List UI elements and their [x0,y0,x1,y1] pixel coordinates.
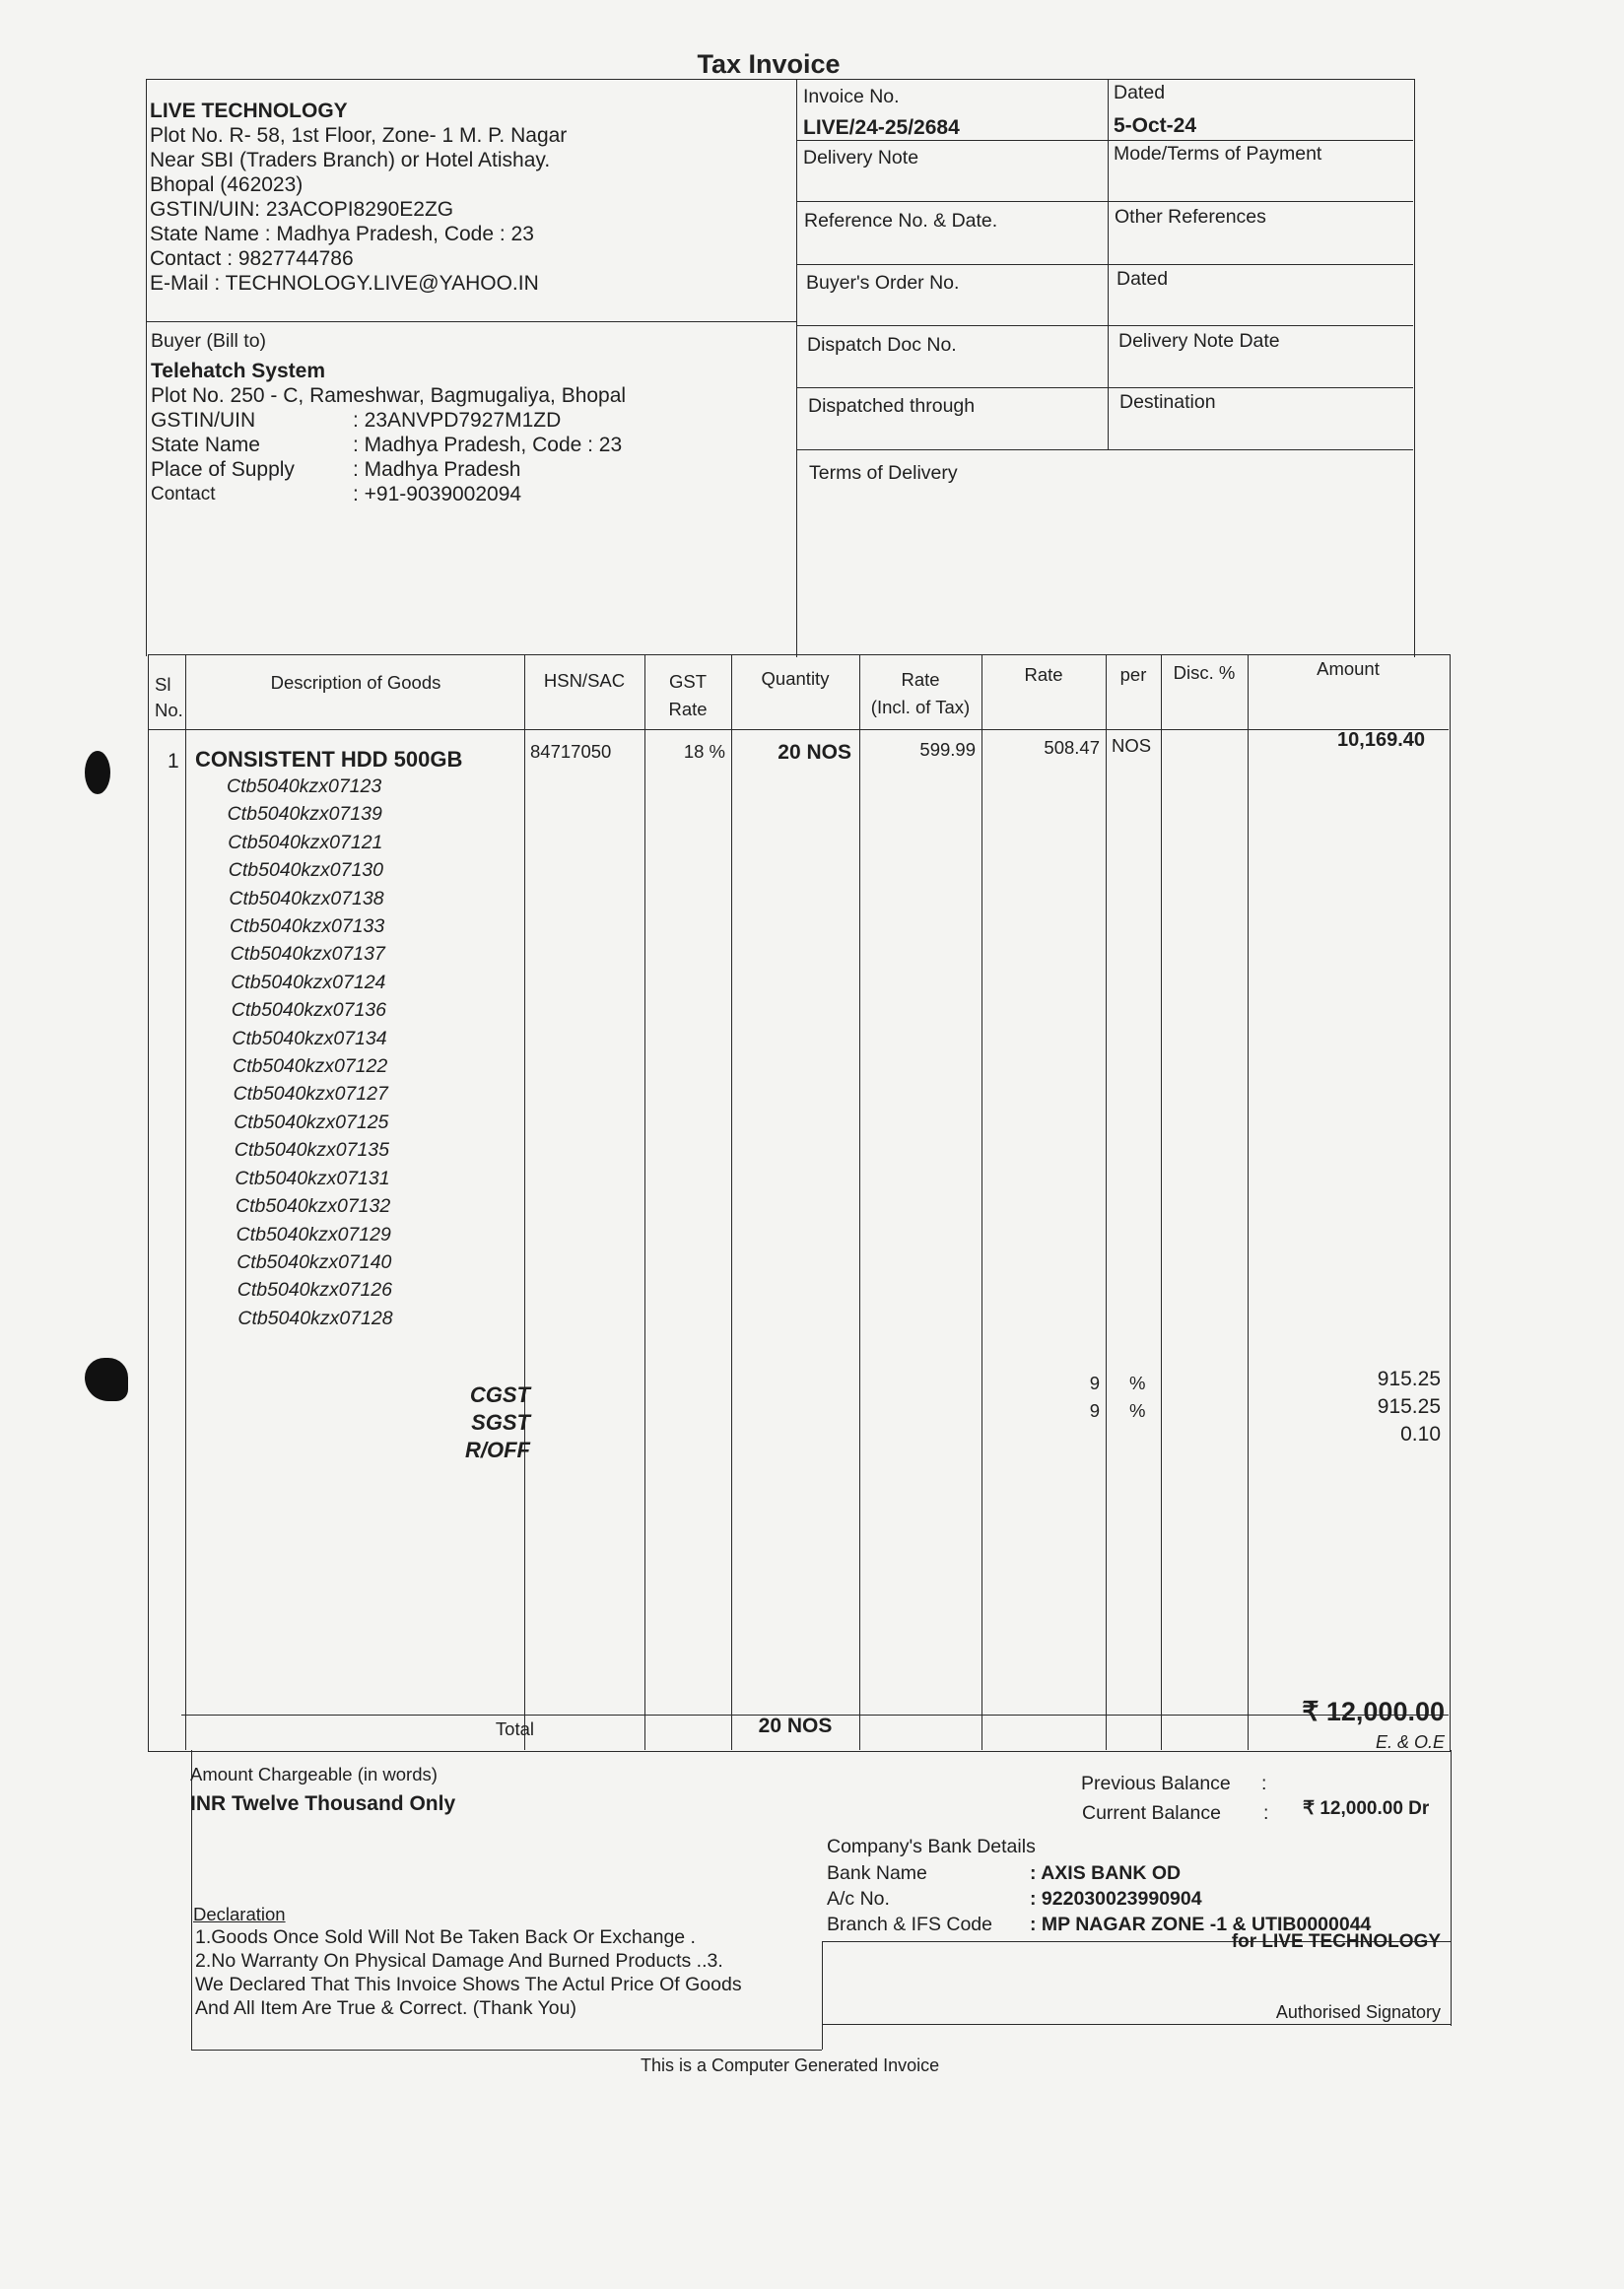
buyer-heading: Buyer (Bill to) [151,329,791,353]
divider [644,654,645,1750]
computer-generated-note: This is a Computer Generated Invoice [641,2055,939,2076]
account-no-label: A/c No. [827,1886,1030,1912]
header-rate-incl-line1: Rate [859,666,981,694]
bank-name-value: : AXIS BANK OD [1030,1860,1181,1886]
declaration-heading: Declaration [193,1904,286,1925]
buyer-gstin-value: : 23ANVPD7927M1ZD [353,408,561,433]
serial-number: Ctb5040kzx07123 [227,773,393,800]
buyer-contact-value: : +91-9039002094 [353,482,521,506]
seller-contact: Contact : 9827744786 [150,246,790,271]
punch-hole-bottom [85,1358,128,1401]
bank-details: Bank Name: AXIS BANK OD A/c No.: 9220300… [827,1860,1371,1937]
serial-number: Ctb5040kzx07122 [227,1052,393,1080]
buyer-supply-label: Place of Supply [151,457,353,482]
total-amount: ₹ 12,000.00 [1248,1697,1445,1727]
divider [146,321,796,322]
invoice-no-label: Invoice No. [803,85,900,108]
seller-email: E-Mail : TECHNOLOGY.LIVE@YAHOO.IN [150,271,790,296]
header-description: Description of Goods [187,672,524,694]
header-hsn: HSN/SAC [524,670,644,692]
header-sl-line2: No. [155,698,183,723]
item-per: NOS [1112,735,1151,757]
buyer-address: Plot No. 250 - C, Rameshwar, Bagmugaliya… [151,383,791,408]
buyer-state-value: : Madhya Pradesh, Code : 23 [353,433,622,457]
divider [1248,654,1249,1750]
buyer-supply-value: : Madhya Pradesh [353,457,520,482]
serial-number: Ctb5040kzx07135 [227,1136,393,1164]
terms-of-delivery-label: Terms of Delivery [809,461,958,485]
serial-number: Ctb5040kzx07134 [227,1025,393,1052]
divider [796,201,1413,202]
header-gst-line1: GST [644,668,731,696]
dispatched-through-label: Dispatched through [808,394,975,418]
amount-words-label: Amount Chargeable (in words) [190,1764,438,1785]
current-balance-sep: : [1263,1801,1268,1825]
header-rate: Rate [981,664,1106,686]
dated-value: 5-Oct-24 [1114,113,1196,138]
divider [796,325,1413,326]
header-rate-incl-line2: (Incl. of Tax) [859,694,981,721]
current-balance-label: Current Balance [1082,1801,1221,1825]
tax-rates: 9 9 [1045,1370,1100,1425]
item-hsn: 84717050 [530,741,611,763]
buyer-contact-label: Contact [151,482,353,506]
punch-hole-top [85,751,110,794]
divider [146,321,147,656]
tax-sgst-amount: 915.25 [1248,1393,1441,1421]
serial-number: Ctb5040kzx07137 [227,940,393,968]
divider [185,654,186,1750]
bank-heading: Company's Bank Details [827,1835,1036,1858]
tax-units: % % [1129,1370,1145,1425]
serial-number: Ctb5040kzx07128 [227,1305,393,1332]
serial-number: Ctb5040kzx07124 [227,969,393,996]
declaration-line-1: 1.Goods Once Sold Will Not Be Taken Back… [195,1925,742,1949]
header-amount: Amount [1248,658,1449,680]
ifsc-label: Branch & IFS Code [827,1912,1030,1937]
header-quantity: Quantity [731,668,859,690]
item-sl: 1 [168,749,179,774]
seller-gstin: GSTIN/UIN: 23ACOPI8290E2ZG [150,197,790,222]
divider [822,1941,823,2050]
tax-sgst-rate: 9 [1045,1397,1100,1425]
seller-address-3: Bhopal (462023) [150,172,790,197]
serial-number: Ctb5040kzx07121 [227,829,393,856]
serial-number: Ctb5040kzx07131 [227,1165,393,1192]
tax-roff-label: R/OFF [374,1437,530,1464]
seller-state: State Name : Madhya Pradesh, Code : 23 [150,222,790,246]
serial-number: Ctb5040kzx07139 [227,800,393,828]
amount-words: INR Twelve Thousand Only [190,1791,455,1816]
tax-cgst-unit: % [1129,1370,1145,1397]
serial-number: Ctb5040kzx07127 [227,1080,393,1108]
divider [731,654,732,1750]
item-gst-rate: 18 % [644,741,725,763]
declaration-line-4: And All Item Are True & Correct. (Thank … [195,1996,742,2020]
header-disc: Disc. % [1161,662,1248,684]
previous-balance-label: Previous Balance [1081,1772,1231,1795]
delivery-note-label: Delivery Note [803,146,918,169]
delivery-note-date-label: Delivery Note Date [1118,329,1280,353]
serial-number: Ctb5040kzx07136 [227,996,393,1024]
seller-name: LIVE TECHNOLOGY [150,99,790,123]
header-gst: GST Rate [644,668,731,723]
serial-number: Ctb5040kzx07132 [227,1192,393,1220]
payment-terms-label: Mode/Terms of Payment [1114,142,1321,166]
serial-number-list: Ctb5040kzx07123Ctb5040kzx07139Ctb5040kzx… [227,773,393,1332]
divider [524,654,525,1750]
tax-labels: CGST SGST R/OFF [374,1381,530,1464]
bank-name-label: Bank Name [827,1860,1030,1886]
destination-label: Destination [1119,390,1216,414]
serial-number: Ctb5040kzx07130 [227,856,393,884]
divider [859,654,860,1750]
tax-cgst-rate: 9 [1045,1370,1100,1397]
serial-number: Ctb5040kzx07126 [227,1276,393,1304]
total-quantity: 20 NOS [731,1715,859,1738]
buyers-order-dated-label: Dated [1116,267,1168,291]
divider [981,654,982,1750]
divider [1451,1750,1452,2026]
item-quantity: 20 NOS [731,741,851,765]
seller-block: LIVE TECHNOLOGY Plot No. R- 58, 1st Floo… [150,99,790,296]
dated-label: Dated [1114,81,1165,104]
divider [796,387,1413,388]
current-balance-value: ₹ 12,000.00 Dr [1303,1797,1429,1820]
item-rate-incl: 599.99 [859,739,976,761]
declaration-text: 1.Goods Once Sold Will Not Be Taken Back… [195,1925,742,2020]
dispatch-doc-label: Dispatch Doc No. [807,333,957,357]
header-per: per [1106,664,1161,686]
invoice-no-value: LIVE/24-25/2684 [803,115,960,140]
buyers-order-label: Buyer's Order No. [806,271,959,295]
divider [796,140,1413,141]
buyer-gstin-label: GSTIN/UIN [151,408,353,433]
other-references-label: Other References [1115,205,1266,229]
tax-cgst-amount: 915.25 [1248,1366,1441,1393]
header-rate-incl: Rate (Incl. of Tax) [859,666,981,721]
tax-sgst-label: SGST [374,1409,530,1437]
account-no-value: : 922030023990904 [1030,1886,1202,1912]
header-sl: Sl No. [155,672,183,723]
tax-amounts: 915.25 915.25 0.10 [1248,1366,1441,1448]
serial-number: Ctb5040kzx07140 [227,1248,393,1276]
buyer-state-label: State Name [151,433,353,457]
item-amount: 10,169.40 [1248,729,1425,752]
header-gst-line2: Rate [644,696,731,723]
document-title: Tax Invoice [0,49,1537,80]
buyer-name: Telehatch System [151,359,791,383]
seller-address-1: Plot No. R- 58, 1st Floor, Zone- 1 M. P.… [150,123,790,148]
item-rate: 508.47 [981,737,1100,759]
serial-number: Ctb5040kzx07138 [227,885,393,912]
divider [191,2050,822,2051]
declaration-line-2: 2.No Warranty On Physical Damage And Bur… [195,1949,742,1973]
divider [1106,654,1107,1750]
divider [822,2024,1451,2025]
eoe-label: E. & O.E [1248,1732,1445,1753]
serial-number: Ctb5040kzx07129 [227,1221,393,1248]
tax-roff-amount: 0.10 [1248,1421,1441,1448]
total-label: Total [185,1718,534,1740]
seller-address-2: Near SBI (Traders Branch) or Hotel Atish… [150,148,790,172]
for-company: for LIVE TECHNOLOGY [1084,1931,1441,1953]
tax-cgst-label: CGST [374,1381,530,1409]
divider [796,264,1413,265]
tax-sgst-unit: % [1129,1397,1145,1425]
serial-number: Ctb5040kzx07133 [227,912,393,940]
previous-balance-sep: : [1261,1772,1266,1795]
divider [1161,654,1162,1750]
serial-number: Ctb5040kzx07125 [227,1109,393,1136]
buyer-block: Buyer (Bill to) Telehatch System Plot No… [151,329,791,506]
header-sl-line1: Sl [155,672,183,698]
reference-label: Reference No. & Date. [804,209,997,233]
authorised-signatory: Authorised Signatory [1084,2002,1441,2023]
item-description: CONSISTENT HDD 500GB [195,747,462,773]
divider [796,449,1413,450]
declaration-line-3: We Declared That This Invoice Shows The … [195,1973,742,1996]
